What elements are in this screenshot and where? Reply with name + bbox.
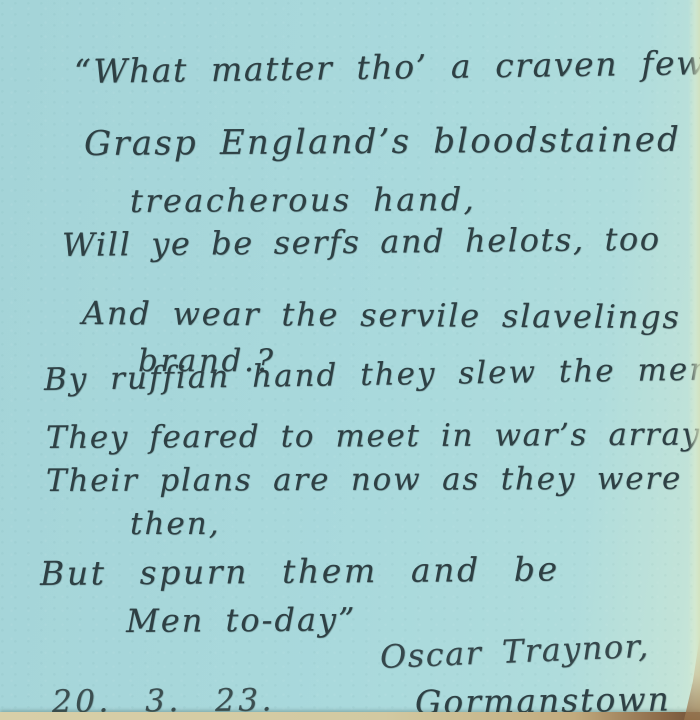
poem-line-1: “What matter tho’ a craven few xyxy=(74,43,700,91)
poem-line-10: then, xyxy=(130,506,221,542)
poem-line-9: Their plans are now as they were xyxy=(46,461,682,499)
poem-line-11: But spurn them and be xyxy=(40,549,560,593)
poem-line-12: Men to-day” xyxy=(126,600,357,640)
autograph-page: “What matter tho’ a craven few Grasp Eng… xyxy=(0,0,700,720)
page-bottom-edge xyxy=(0,712,700,720)
poem-line-8: They feared to meet in war’s array; xyxy=(46,417,700,456)
poem-line-3: treacherous hand, xyxy=(130,180,476,220)
poem-line-5: And wear the servile slavelings xyxy=(82,294,681,336)
page-right-edge-highlight xyxy=(688,0,700,720)
poem-line-4: Will ye be serfs and helots, too xyxy=(62,220,661,264)
signature-name: Oscar Traynor, xyxy=(379,627,650,676)
poem-line-2: Grasp England’s bloodstained xyxy=(84,120,681,164)
